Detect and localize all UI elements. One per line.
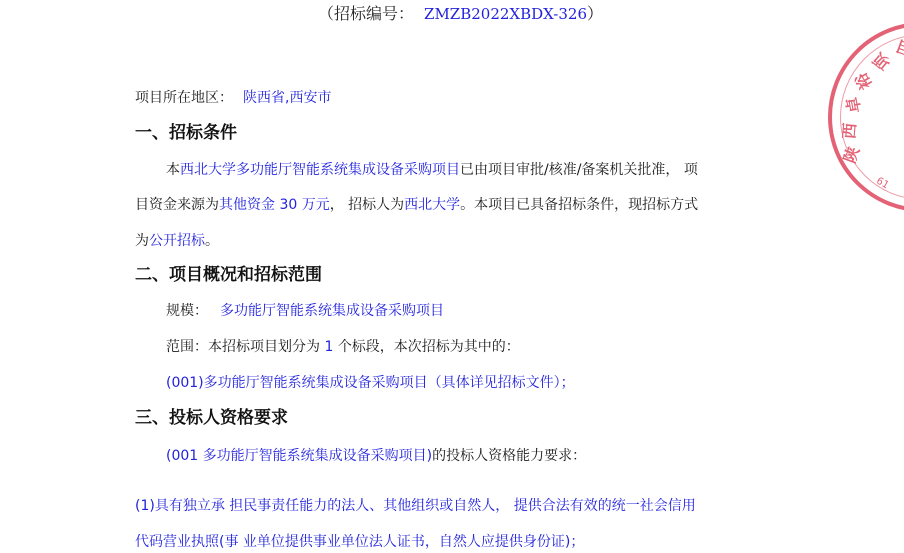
text: 个标段，本次招标为其中的： (338, 339, 520, 355)
tender-number: （招标编号：ZMZB2022XBDX-326） (318, 4, 603, 24)
requirement-1-line-2: 代码营业执照(事 业单位提供事业单位法人证书，自然人应提供身份证)； (135, 532, 584, 552)
text: 。 (205, 233, 219, 249)
lot-name: (001 多功能厅智能系统集成设备采购项目) (166, 448, 432, 464)
section-heading-bidder-qualifications: 三、投标人资格要求 (135, 408, 288, 428)
tender-conditions-line-1: 本西北大学多功能厅智能系统集成设备采购项目已由项目审批/核准/备案机关批准， 项 (166, 160, 698, 180)
text: 的投标人资格能力要求： (432, 448, 586, 464)
tender-conditions-line-2: 目资金来源为其他资金 30 万元， 招标人为西北大学。本项目已具备招标条件，现招… (135, 195, 698, 215)
project-region: 项目所在地区：陕西省,西安市 (135, 88, 331, 108)
text: ， 招标人为 (330, 197, 404, 213)
requirement-1-line-1: (1)具有独立承 担民事责任能力的法人、其他组织或自然人， 提供合法有效的统一社… (135, 496, 696, 516)
section-heading-project-overview: 二、项目概况和招标范围 (135, 265, 322, 285)
text: 本 (166, 162, 180, 178)
tender-number-close: ） (587, 4, 603, 23)
region-value: 陕西省,西安市 (243, 90, 331, 106)
fund-source: 其他资金 30 万元 (219, 197, 330, 213)
project-name: 西北大学多功能厅智能系统集成设备采购项目 (180, 162, 460, 178)
project-range: 范围：本招标项目划分为 1 个标段，本次招标为其中的： (166, 337, 520, 357)
tender-number-code: ZMZB2022XBDX-326 (424, 5, 587, 23)
text: 已由项目审批/核准/备案机关批准， 项 (460, 162, 698, 178)
company-seal-stamp: 陕 西 卓 裕 项 目 61 (828, 22, 904, 212)
tender-conditions-line-3: 为公开招标。 (135, 231, 219, 251)
region-label: 项目所在地区： (135, 90, 233, 106)
text: 范围：本招标项目划分为 (166, 339, 320, 355)
section-heading-tender-conditions: 一、招标条件 (135, 123, 237, 143)
text: 目资金来源为 (135, 197, 219, 213)
tender-number-label: （招标编号： (318, 4, 414, 23)
tenderer-name: 西北大学 (404, 197, 460, 213)
scale-value: 多功能厅智能系统集成设备采购项目 (220, 303, 444, 319)
lot-item: (001)多功能厅智能系统集成设备采购项目（具体详见招标文件）； (166, 373, 575, 393)
tender-method: 公开招标 (149, 233, 205, 249)
seal-char: 西 (840, 122, 859, 140)
project-scale: 规模：多功能厅智能系统集成设备采购项目 (166, 301, 444, 321)
lot-count: 1 (320, 339, 338, 355)
text: 。本项目已具备招标条件，现招标方式 (460, 197, 698, 213)
text: 为 (135, 233, 149, 249)
lot-qualification-intro: (001 多功能厅智能系统集成设备采购项目)的投标人资格能力要求： (166, 446, 586, 466)
scale-label: 规模： (166, 303, 208, 319)
seal-char: 卓 (844, 96, 865, 115)
